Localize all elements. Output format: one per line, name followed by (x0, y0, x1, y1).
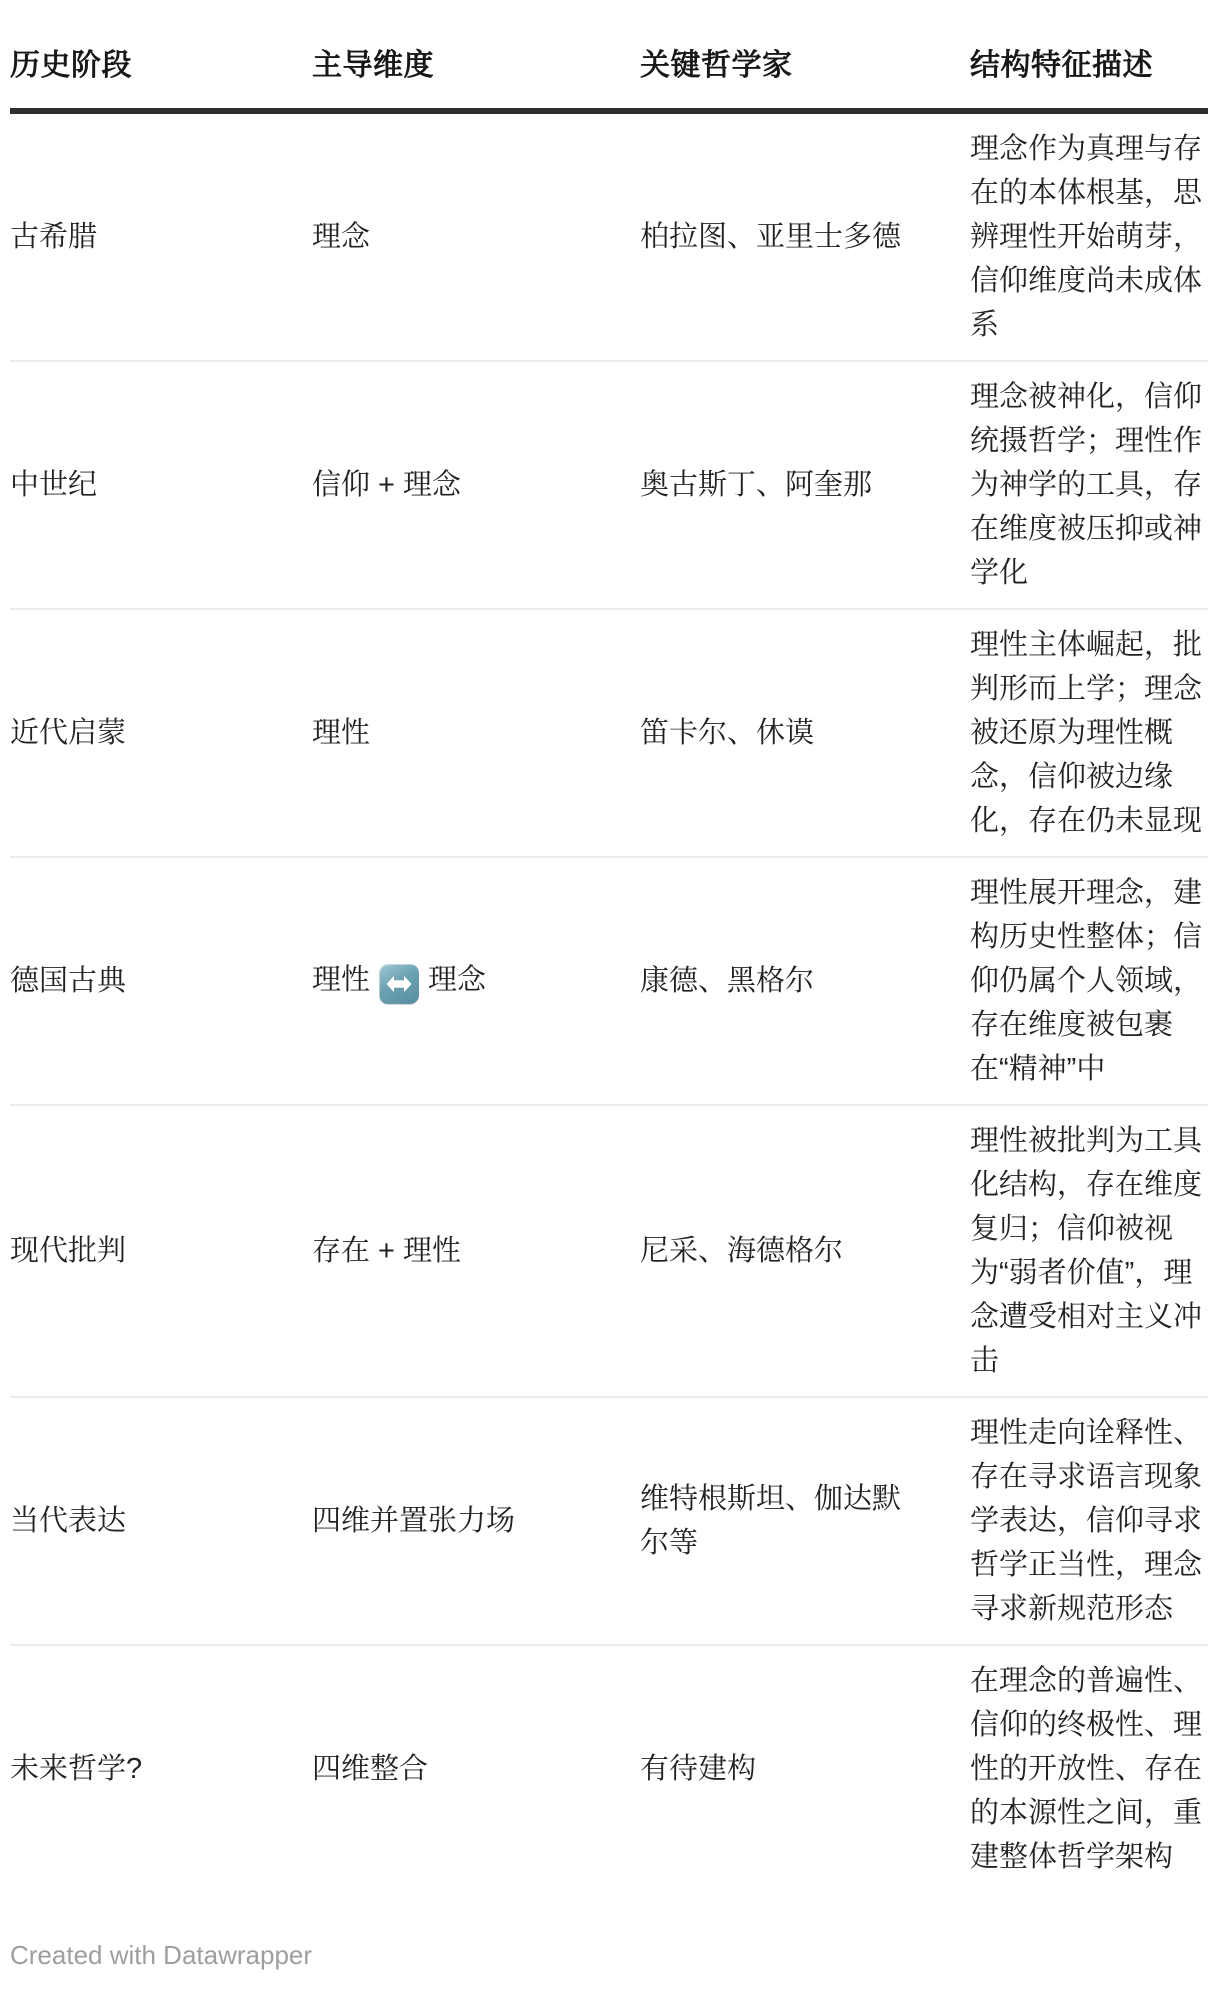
cell-stage: 中世纪 (10, 361, 312, 609)
cell-stage: 近代启蒙 (10, 609, 312, 857)
cell-description: 理性展开理念，建构历史性整体；信仰仍属个人领域，存在维度被包裹在“精神”中 (970, 857, 1208, 1105)
column-header-dimension: 主导维度 (312, 0, 640, 111)
table-body: 古希腊 理念 柏拉图、亚里士多德 理念作为真理与存在的本体根基，思辨理性开始萌芽… (10, 111, 1208, 1892)
header-row: 历史阶段 主导维度 关键哲学家 结构特征描述 (10, 0, 1208, 111)
cell-description: 在理念的普遍性、信仰的终极性、理性的开放性、存在的本源性之间，重建整体哲学架构 (970, 1645, 1208, 1892)
table-row: 现代批判 存在 + 理性 尼采、海德格尔 理性被批判为工具化结构，存在维度复归；… (10, 1105, 1208, 1397)
cell-philosophers: 柏拉图、亚里士多德 (640, 111, 970, 361)
column-header-stage: 历史阶段 (10, 0, 312, 111)
cell-stage: 古希腊 (10, 111, 312, 361)
cell-dimension: 理性理念 (312, 857, 640, 1105)
cell-description: 理性被批判为工具化结构，存在维度复归；信仰被视为“弱者价值”，理念遭受相对主义冲… (970, 1105, 1208, 1397)
cell-philosophers: 笛卡尔、休谟 (640, 609, 970, 857)
table-row: 德国古典 理性理念 康德、黑格尔 理性展开理念，建构历史性整体；信仰仍属个人领域… (10, 857, 1208, 1105)
cell-dimension: 信仰 + 理念 (312, 361, 640, 609)
cell-stage: 德国古典 (10, 857, 312, 1105)
table-header: 历史阶段 主导维度 关键哲学家 结构特征描述 (10, 0, 1208, 111)
cell-philosophers: 奥古斯丁、阿奎那 (640, 361, 970, 609)
cell-description: 理念被神化，信仰统摄哲学；理性作为神学的工具，存在维度被压抑或神学化 (970, 361, 1208, 609)
table-row: 近代启蒙 理性 笛卡尔、休谟 理性主体崛起，批判形而上学；理念被还原为理性概念，… (10, 609, 1208, 857)
table-row: 古希腊 理念 柏拉图、亚里士多德 理念作为真理与存在的本体根基，思辨理性开始萌芽… (10, 111, 1208, 361)
column-header-description: 结构特征描述 (970, 0, 1208, 111)
cell-philosophers: 维特根斯坦、伽达默尔等 (640, 1397, 970, 1645)
cell-description: 理性走向诠释性、存在寻求语言现象学表达，信仰寻求哲学正当性，理念寻求新规范形态 (970, 1397, 1208, 1645)
datawrapper-table-chart: 历史阶段 主导维度 关键哲学家 结构特征描述 古希腊 理念 柏拉图、亚里士多德 … (0, 0, 1220, 2001)
column-header-philosophers: 关键哲学家 (640, 0, 970, 111)
cell-stage: 当代表达 (10, 1397, 312, 1645)
datawrapper-credit-link[interactable]: Created with Datawrapper (10, 1940, 312, 1971)
table-row: 当代表达 四维并置张力场 维特根斯坦、伽达默尔等 理性走向诠释性、存在寻求语言现… (10, 1397, 1208, 1645)
cell-description: 理念作为真理与存在的本体根基，思辨理性开始萌芽，信仰维度尚未成体系 (970, 111, 1208, 361)
dimension-text-right: 理念 (428, 964, 486, 996)
table-row: 中世纪 信仰 + 理念 奥古斯丁、阿奎那 理念被神化，信仰统摄哲学；理性作为神学… (10, 361, 1208, 609)
cell-stage: 现代批判 (10, 1105, 312, 1397)
philosophy-stages-table: 历史阶段 主导维度 关键哲学家 结构特征描述 古希腊 理念 柏拉图、亚里士多德 … (10, 0, 1208, 1892)
cell-philosophers: 尼采、海德格尔 (640, 1105, 970, 1397)
cell-description: 理性主体崛起，批判形而上学；理念被还原为理性概念，信仰被边缘化，存在仍未显现 (970, 609, 1208, 857)
dimension-text-left: 理性 (312, 964, 370, 996)
cell-dimension: 理念 (312, 111, 640, 361)
table-row: 未来哲学? 四维整合 有待建构 在理念的普遍性、信仰的终极性、理性的开放性、存在… (10, 1645, 1208, 1892)
cell-dimension: 四维并置张力场 (312, 1397, 640, 1645)
left-right-arrow-icon (379, 964, 419, 1004)
cell-philosophers: 康德、黑格尔 (640, 857, 970, 1105)
cell-stage: 未来哲学? (10, 1645, 312, 1892)
cell-dimension: 理性 (312, 609, 640, 857)
cell-dimension: 四维整合 (312, 1645, 640, 1892)
cell-philosophers: 有待建构 (640, 1645, 970, 1892)
cell-dimension: 存在 + 理性 (312, 1105, 640, 1397)
